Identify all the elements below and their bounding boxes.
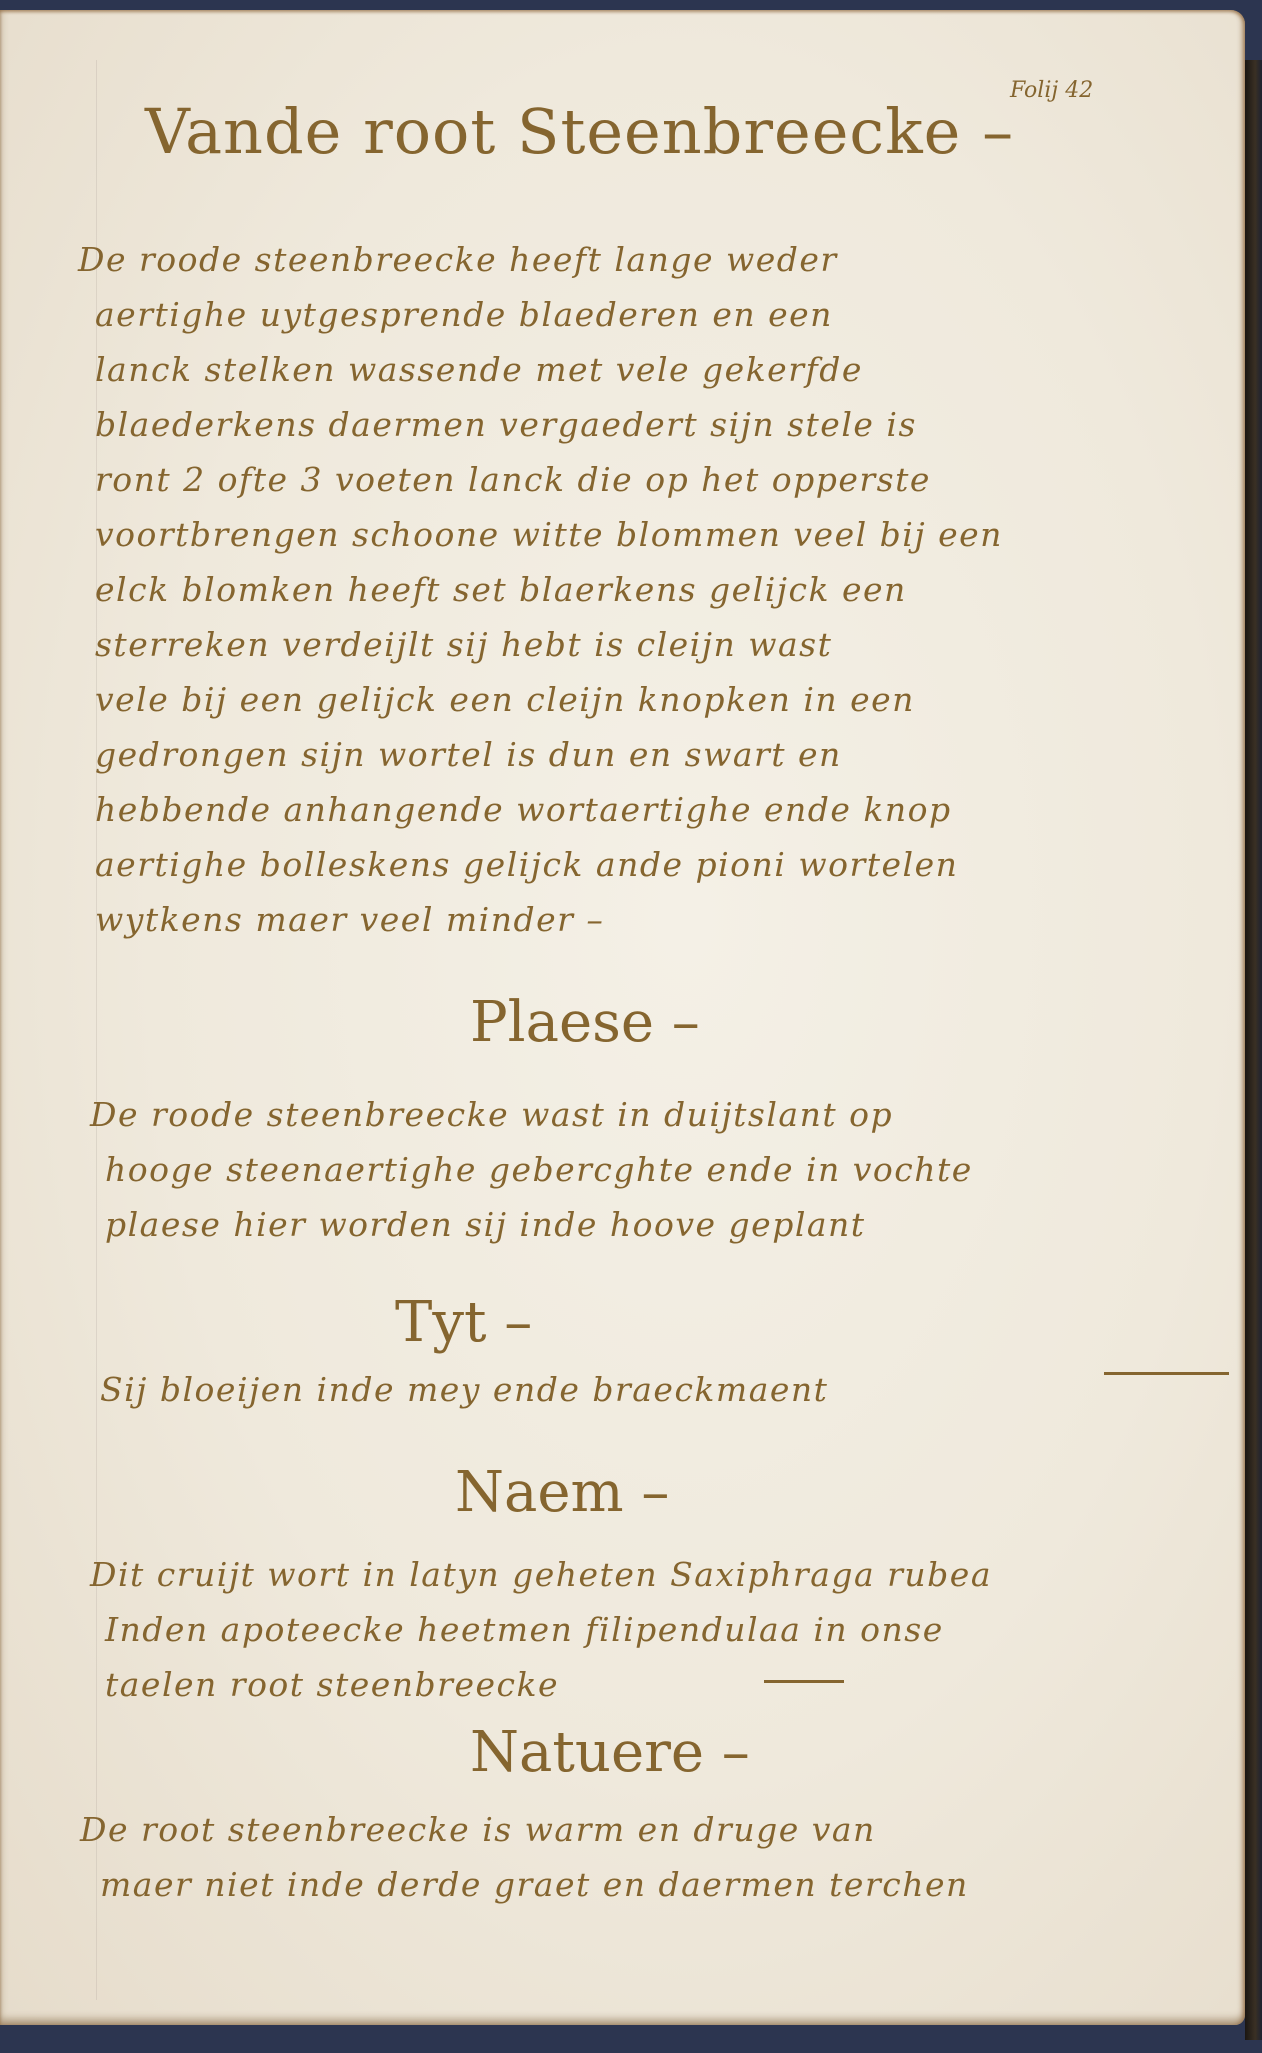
text-line: ront 2 ofte 3 voeten lanck die op het op… [95,460,931,499]
text-line: De roode steenbreecke heeft lange weder [78,240,838,279]
text-line: gedrongen sijn wortel is dun en swart en [95,735,842,774]
book-page-edge [1245,60,1262,2040]
section-heading-plaese: Plaese – [470,990,700,1055]
text-line: sterreken verdeijlt sij hebt is cleijn w… [95,625,832,664]
line-filler-dash [1104,1372,1229,1375]
text-line: vele bij een gelijck een cleijn knopken … [95,680,915,719]
text-line: taelen root steenbreecke [105,1665,559,1704]
text-line: elck blomken heeft set blaerkens gelijck… [95,570,907,609]
section-heading-naem: Naem – [455,1460,669,1525]
line-filler-dash [764,1680,844,1683]
section-heading-natuere: Natuere – [470,1720,750,1785]
text-line: aertighe uytgesprende blaederen en een [95,295,833,334]
text-line: wytkens maer veel minder – [95,900,604,939]
section-heading-tyt: Tyt – [395,1290,532,1355]
folio-number: Folij 42 [1010,78,1093,103]
text-line: voortbrengen schoone witte blommen veel … [95,515,1003,554]
text-line: De root steenbreecke is warm en druge va… [80,1810,876,1849]
text-line: Sij bloeijen inde mey ende braeckmaent [100,1370,828,1409]
text-line: Inden apoteecke heetmen filipendulaa in … [105,1610,944,1649]
text-line: maer niet inde derde graet en daermen te… [100,1865,969,1904]
text-line: lanck stelken wassende met vele gekerfde [95,350,863,389]
text-line: hooge steenaertighe gebercghte ende in v… [105,1150,973,1189]
text-line: aertighe bolleskens gelijck ande pioni w… [95,845,958,884]
text-line: De roode steenbreecke wast in duijtslant… [90,1095,893,1134]
text-line: blaederkens daermen vergaedert sijn stel… [95,405,917,444]
page-title: Vande root Steenbreecke – [145,95,1014,168]
text-line: hebbende anhangende wortaertighe ende kn… [95,790,952,829]
text-line: Dit cruijt wort in latyn geheten Saxiphr… [90,1555,992,1594]
text-line: plaese hier worden sij inde hoove geplan… [105,1205,866,1244]
